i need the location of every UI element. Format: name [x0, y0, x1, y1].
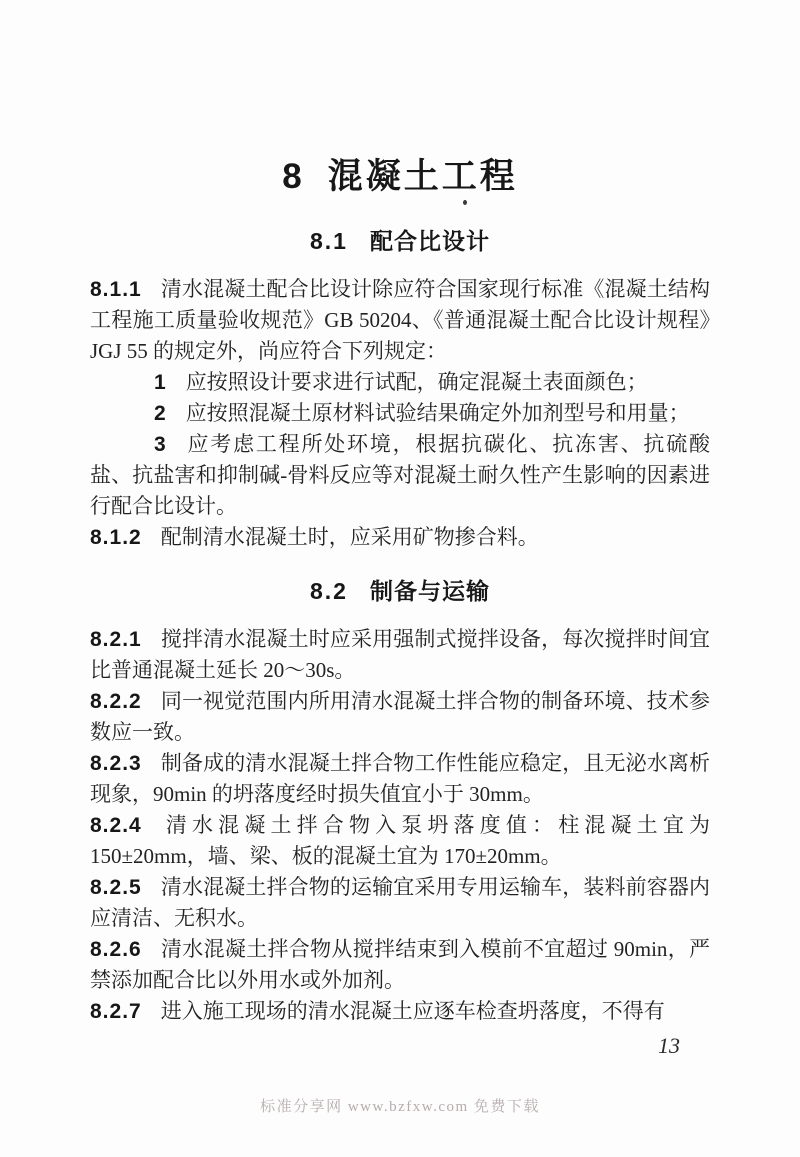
clause-number: 8.1.1 [90, 278, 142, 301]
section-title-text: 制备与运输 [370, 578, 490, 604]
clause-number: 8.2.3 [90, 752, 142, 775]
list-item-1: 1应按照设计要求进行试配，确定混凝土表面颜色； [90, 367, 710, 398]
page-body: 8.1配合比设计 8.1.1清水混凝土配合比设计除应符合国家现行标准《混凝土结构… [0, 228, 800, 1027]
clause-8-2-7: 8.2.7进入施工现场的清水混凝土应逐车检查坍落度，不得有 [90, 996, 710, 1027]
clause-8-1-2: 8.1.2配制清水混凝土时，应采用矿物掺合料。 [90, 522, 710, 553]
clause-text: 清水混凝土拌合物的运输宜采用专用运输车，装料前容器内应清洁、无积水。 [90, 875, 710, 930]
section-title-text: 配合比设计 [370, 228, 490, 254]
list-item-3: 3应考虑工程所处环境，根据抗碳化、抗冻害、抗硫酸盐、抗盐害和抑制碱-骨料反应等对… [90, 429, 710, 522]
clause-number: 8.1.2 [90, 526, 142, 549]
item-text: 应考虑工程所处环境，根据抗碳化、抗冻害、抗硫酸盐、抗盐害和抑制碱-骨料反应等对混… [90, 432, 710, 518]
clause-8-2-6: 8.2.6清水混凝土拌合物从搅拌结束到入模前不宜超过 90min，严禁添加配合比… [90, 934, 710, 996]
clause-text: 清水混凝土拌合物从搅拌结束到入模前不宜超过 90min，严禁添加配合比以外用水或… [90, 937, 710, 992]
clause-number: 8.2.7 [90, 1000, 142, 1023]
item-text: 应按照设计要求进行试配，确定混凝土表面颜色； [186, 370, 648, 394]
section-number: 8.2 [310, 578, 348, 604]
clause-8-1-1: 8.1.1清水混凝土配合比设计除应符合国家现行标准《混凝土结构工程施工质量验收规… [90, 274, 710, 367]
item-number: 2 [154, 402, 167, 425]
chapter-title-text: 混凝土工程 [328, 157, 518, 196]
clause-text: 搅拌清水混凝土时应采用强制式搅拌设备，每次搅拌时间宜比普通混凝土延长 20～30… [90, 627, 710, 682]
watermark-text: 标准分享网 www.bzfxw.com 免费下载 [0, 1095, 800, 1116]
section-number: 8.1 [310, 228, 348, 254]
document-page: 8混凝土工程 8.1配合比设计 8.1.1清水混凝土配合比设计除应符合国家现行标… [0, 0, 800, 1157]
clause-number: 8.2.6 [90, 938, 142, 961]
clause-8-2-5: 8.2.5清水混凝土拌合物的运输宜采用专用运输车，装料前容器内应清洁、无积水。 [90, 872, 710, 934]
clause-number: 8.2.2 [90, 690, 142, 713]
clause-text: 配制清水混凝土时，应采用矿物掺合料。 [161, 525, 539, 549]
clause-number: 8.2.4 [90, 814, 142, 837]
section-heading-8-1: 8.1配合比设计 [90, 228, 710, 254]
clause-text: 清水混凝土配合比设计除应符合国家现行标准《混凝土结构工程施工质量验收规范》GB … [90, 277, 710, 363]
clause-8-2-3: 8.2.3制备成的清水混凝土拌合物工作性能应稳定，且无泌水离析现象，90min … [90, 748, 710, 810]
clause-number: 8.2.5 [90, 876, 142, 899]
ink-dot-artifact [463, 200, 467, 205]
clause-text: 制备成的清水混凝土拌合物工作性能应稳定，且无泌水离析现象，90min 的坍落度经… [90, 751, 710, 806]
list-item-2: 2应按照混凝土原材料试验结果确定外加剂型号和用量； [90, 398, 710, 429]
chapter-title: 8混凝土工程 [0, 156, 800, 198]
section-heading-8-2: 8.2制备与运输 [90, 578, 710, 604]
clause-8-2-1: 8.2.1搅拌清水混凝土时应采用强制式搅拌设备，每次搅拌时间宜比普通混凝土延长 … [90, 624, 710, 686]
clause-text: 进入施工现场的清水混凝土应逐车检查坍落度，不得有 [161, 999, 665, 1023]
item-number: 1 [154, 371, 167, 394]
page-number: 13 [658, 1033, 680, 1059]
item-text: 应按照混凝土原材料试验结果确定外加剂型号和用量； [186, 401, 690, 425]
clause-8-2-4: 8.2.4清水混凝土拌合物入泵坍落度值：柱混凝土宜为 150±20mm，墙、梁、… [90, 810, 710, 872]
clause-8-2-2: 8.2.2同一视觉范围内所用清水混凝土拌合物的制备环境、技术参数应一致。 [90, 686, 710, 748]
chapter-number: 8 [282, 157, 301, 196]
clause-number: 8.2.1 [90, 628, 142, 651]
item-number: 3 [154, 433, 167, 456]
clause-text: 清水混凝土拌合物入泵坍落度值：柱混凝土宜为 150±20mm，墙、梁、板的混凝土… [90, 813, 710, 868]
clause-text: 同一视觉范围内所用清水混凝土拌合物的制备环境、技术参数应一致。 [90, 689, 710, 744]
